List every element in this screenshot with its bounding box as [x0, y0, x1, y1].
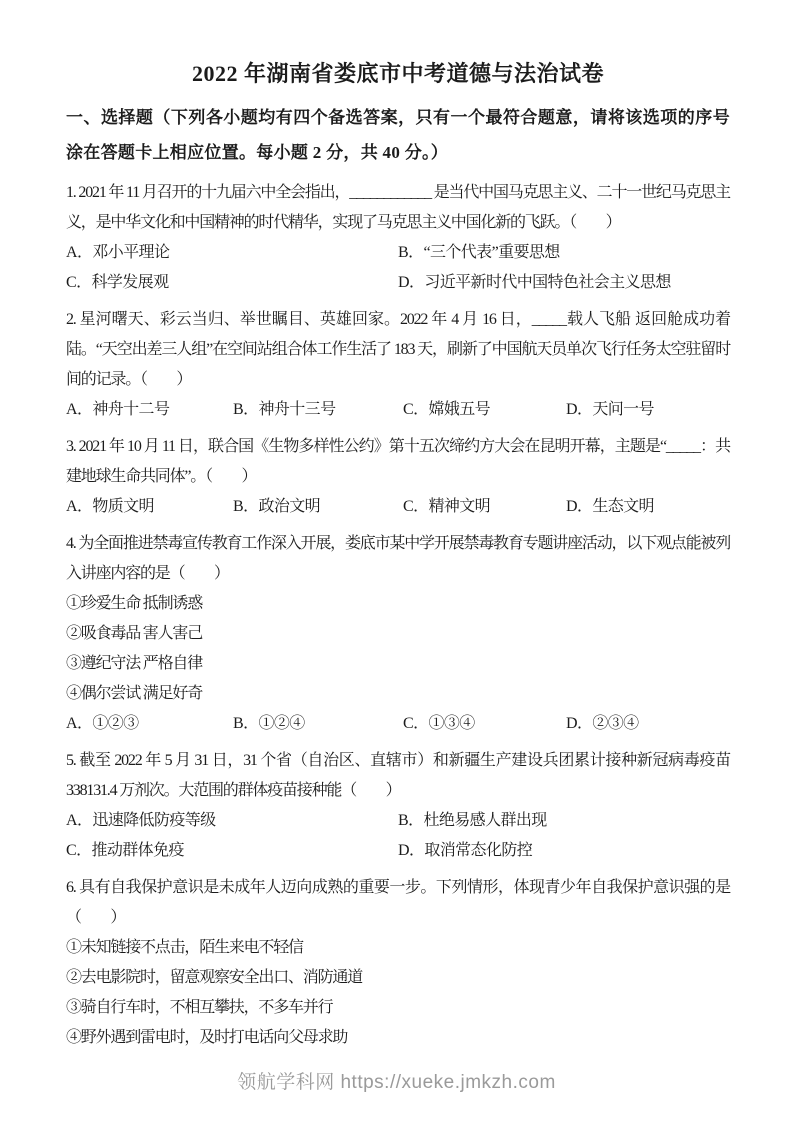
question-6-item-1: ①未知链接不点击，陌生来电不轻信 [66, 933, 730, 963]
question-4-option-a: A．①②③ [66, 709, 233, 739]
question-6-item-4: ④野外遇到雷电时，及时打电话向父母求助 [66, 1023, 730, 1053]
site-watermark: 领航学科网 https://xueke.jmkzh.com [0, 1067, 793, 1094]
question-5-stem: 5. 截至 2022 年 5 月 31 日，31 个省（自治区、直辖市）和新疆生… [66, 746, 730, 806]
question-6-item-3: ③骑自行车时，不相互攀扶，不多车并行 [66, 993, 730, 1023]
question-2-option-d: D．天问一号 [566, 395, 730, 425]
question-2: 2. 星河曙天、彩云当归、举世瞩目、英雄回家。2022 年 4 月 16 日，_… [66, 305, 730, 425]
question-4-stem: 4. 为全面推进禁毒宣传教育工作深入开展，娄底市某中学开展禁毒教育专题讲座活动，… [66, 529, 730, 589]
question-3-option-b: B．政治文明 [233, 492, 403, 522]
question-1-option-a: A．邓小平理论 [66, 238, 398, 268]
question-3: 3. 2021 年 10 月 11 日，联合国《生物多样性公约》第十五次缔约方大… [66, 432, 730, 522]
question-4-option-c: C．①③④ [403, 709, 566, 739]
question-1-option-b: B．“三个代表”重要思想 [398, 238, 730, 268]
question-1-options: A．邓小平理论 B．“三个代表”重要思想 C．科学发展观 D．习近平新时代中国特… [66, 238, 730, 298]
question-5-options: A．迅速降低防疫等级 B．杜绝易感人群出现 C．推动群体免疫 D．取消常态化防控 [66, 806, 730, 866]
question-2-stem: 2. 星河曙天、彩云当归、举世瞩目、英雄回家。2022 年 4 月 16 日，_… [66, 305, 730, 395]
question-1: 1. 2021 年 11 月召开的十九届六中全会指出，____________ … [66, 178, 730, 298]
question-6-item-2: ②去电影院时，留意观察安全出口、消防通道 [66, 963, 730, 993]
question-6: 6. 具有自我保护意识是未成年人迈向成熟的重要一步。下列情形，体现青少年自我保护… [66, 873, 730, 1053]
question-3-options: A．物质文明 B．政治文明 C．精神文明 D．生态文明 [66, 492, 730, 522]
question-2-options: A．神舟十二号 B．神舟十三号 C．嫦娥五号 D．天问一号 [66, 395, 730, 425]
question-4-option-d: D．②③④ [566, 709, 730, 739]
question-3-option-a: A．物质文明 [66, 492, 233, 522]
question-2-option-b: B．神舟十三号 [233, 395, 403, 425]
question-3-option-c: C．精神文明 [403, 492, 566, 522]
question-1-option-d: D．习近平新时代中国特色社会主义思想 [398, 268, 730, 298]
question-5-option-b: B．杜绝易感人群出现 [398, 806, 730, 836]
question-5-option-d: D．取消常态化防控 [398, 836, 730, 866]
question-4-item-3: ③遵纪守法 严格自律 [66, 649, 730, 679]
question-1-option-c: C．科学发展观 [66, 268, 398, 298]
question-1-stem: 1. 2021 年 11 月召开的十九届六中全会指出，____________ … [66, 178, 730, 238]
exam-paper-page: 2022 年湖南省娄底市中考道德与法治试卷 一、选择题（下列各小题均有四个备选答… [0, 0, 793, 1122]
page-title: 2022 年湖南省娄底市中考道德与法治试卷 [66, 58, 730, 90]
question-3-option-d: D．生态文明 [566, 492, 730, 522]
question-4-item-4: ④偶尔尝试 满足好奇 [66, 679, 730, 709]
question-5-option-a: A．迅速降低防疫等级 [66, 806, 398, 836]
question-4-options: A．①②③ B．①②④ C．①③④ D．②③④ [66, 709, 730, 739]
question-4: 4. 为全面推进禁毒宣传教育工作深入开展，娄底市某中学开展禁毒教育专题讲座活动，… [66, 529, 730, 739]
section-heading: 一、选择题（下列各小题均有四个备选答案，只有一个最符合题意，请将该选项的序号涂在… [66, 100, 730, 170]
question-2-option-c: C．嫦娥五号 [403, 395, 566, 425]
question-4-item-1: ①珍爱生命 抵制诱惑 [66, 589, 730, 619]
question-2-option-a: A．神舟十二号 [66, 395, 233, 425]
question-5-option-c: C．推动群体免疫 [66, 836, 398, 866]
question-4-item-2: ②吸食毒品 害人害己 [66, 619, 730, 649]
question-3-stem: 3. 2021 年 10 月 11 日，联合国《生物多样性公约》第十五次缔约方大… [66, 432, 730, 492]
question-4-option-b: B．①②④ [233, 709, 403, 739]
question-6-stem: 6. 具有自我保护意识是未成年人迈向成熟的重要一步。下列情形，体现青少年自我保护… [66, 873, 730, 933]
question-5: 5. 截至 2022 年 5 月 31 日，31 个省（自治区、直辖市）和新疆生… [66, 746, 730, 866]
